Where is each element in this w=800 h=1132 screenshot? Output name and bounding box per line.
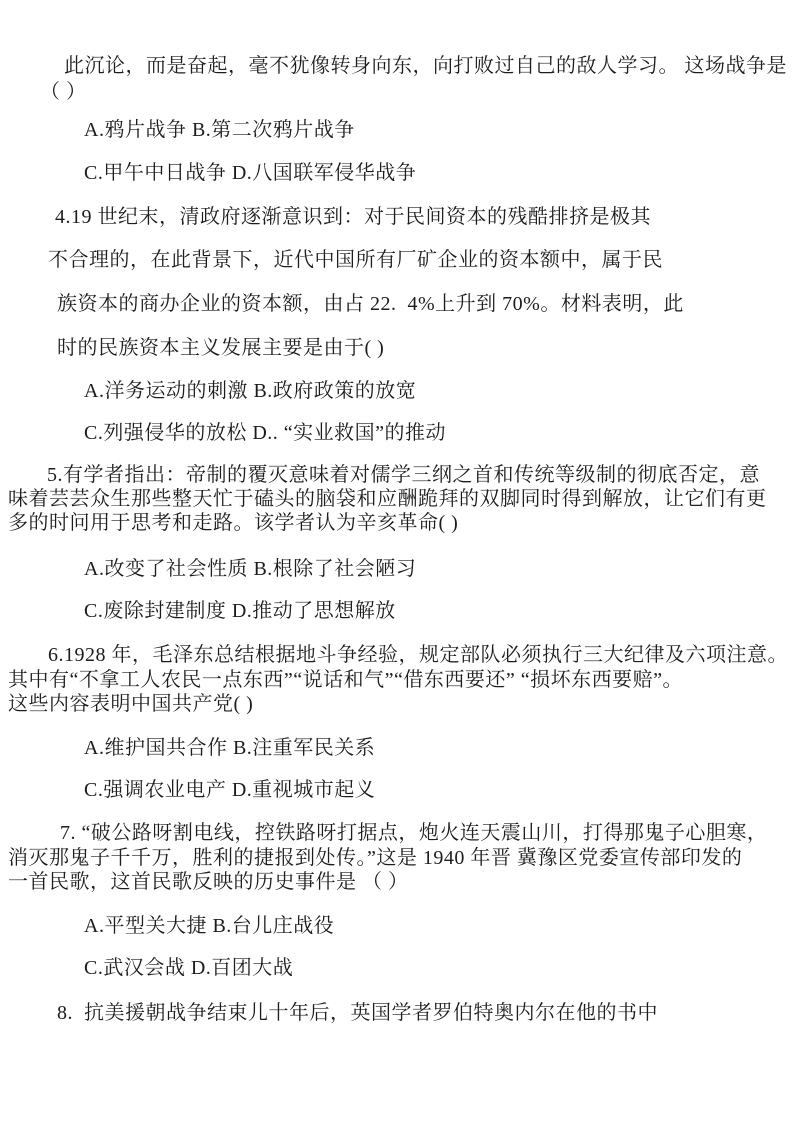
q7-stem-line-3: 一首民歌，这首民歌反映的历史事件是 （ ）: [8, 870, 409, 894]
q5-options-cd: C.废除封建制度 D.推动了思想解放: [84, 599, 396, 623]
q6-stem-line-1: 6.1928 年，毛泽东总结根据地斗争经验，规定部队必须执行三大纪律及六项注意。: [48, 643, 788, 667]
q6-options-ab: A.维护国共合作 B.注重军民关系: [84, 736, 375, 760]
q4-stem-line-3: 族资本的商办企业的资本额，由占 22. 4%上升到 70%。材料表明，此: [57, 292, 684, 316]
q3-options-ab: A.鸦片战争 B.第二次鸦片战争: [84, 118, 355, 142]
q5-stem-line-3: 多的时问用于思考和走路。该学者认为辛亥革命( ): [8, 511, 458, 535]
q5-options-ab: A.改变了社会性质 B.根除了社会陋习: [84, 557, 416, 581]
q8-stem-line-1: 8. 抗美援朝战争结束儿十年后，英国学者罗伯特奥内尔在他的书中: [57, 1001, 658, 1025]
q7-options-cd: C.武汉会战 D.百团大战: [84, 956, 293, 980]
q3-answer-blank: （ ）: [40, 80, 87, 104]
q4-stem-line-1: 4.19 世纪末，清政府逐渐意识到：对于民间资本的残酷排挤是极其: [55, 205, 651, 229]
q4-options-ab: A.洋务运动的刺激 B.政府政策的放宽: [84, 379, 416, 403]
q4-stem-line-2: 不合理的，在此背景下，近代中国所有厂矿企业的资本额中，属于民: [48, 248, 663, 272]
q7-options-ab: A.平型关大捷 B.台儿庄战役: [84, 914, 334, 938]
q3-options-cd: C.甲午中日战争 D.八国联军侵华战争: [84, 161, 416, 185]
q7-stem-line-2: 消灭那鬼子千千万，胜利的捷报到处传。”这是 1940 年晋 冀豫区党委宣传部印发…: [8, 846, 742, 870]
q3-stem-line-1: 此沉论，而是奋起，毫不犹像转身向东，向打败过自己的敌人学习。 这场战争是: [64, 54, 787, 78]
q7-stem-line-1: 7. “破公路呀割电线，控铁路呀打据点，炮火连天震山川，打得那鬼子心胆寒，: [60, 821, 767, 845]
q4-options-cd: C.列强侵华的放松 D.. “实业救国”的推动: [84, 421, 446, 445]
q4-stem-line-4: 时的民族资本主义发展主要是由于( ): [57, 336, 384, 360]
q5-stem-line-1: 5.有学者指出：帝制的覆灭意味着对儒学三纲之首和传统等级制的彻底否定，意: [47, 463, 760, 487]
q6-stem-line-2: 其中有“不拿工人农民一点东西”“说话和气”“借东西要还” “损坏东西要赔”。: [8, 668, 683, 692]
q5-stem-line-2: 味着芸芸众生那些整天忙于磕头的脑袋和应酬跪拜的双脚同时得到解放，让它们有更: [8, 487, 767, 511]
q6-options-cd: C.强调农业电产 D.重视城市起义: [84, 778, 375, 802]
exam-page: 此沉论，而是奋起，毫不犹像转身向东，向打败过自己的敌人学习。 这场战争是 （ ）…: [0, 0, 800, 1132]
q6-stem-line-3: 这些内容表明中国共产党( ): [8, 692, 253, 716]
